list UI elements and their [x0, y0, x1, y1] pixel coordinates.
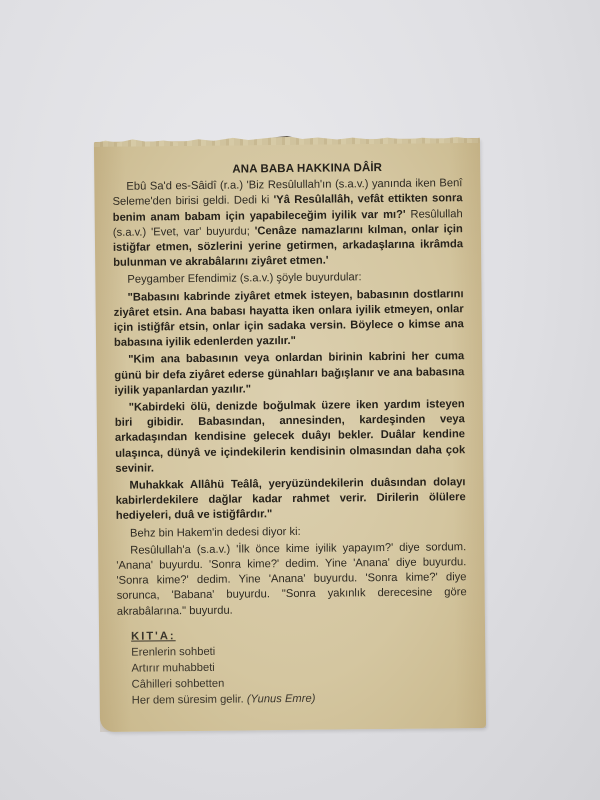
poem-line-text: Her dem süresim gelir. — [132, 694, 244, 707]
bold-text: "Babasını kabrinde ziyâret etmek isteyen… — [114, 288, 464, 349]
newspaper-clipping: ANA BABA HAKKINA DÂİR Ebû Sa'd es-Sâidî … — [94, 138, 486, 732]
article-paragraph: "Kim ana babasının veya onlardan birinin… — [114, 350, 464, 399]
body-text: Peygamber Efendimiz (s.a.v.) şöyle buyur… — [127, 272, 361, 286]
article-paragraph: Muhakkak Allâhü Teâlâ, yeryüzündekilerin… — [115, 475, 465, 524]
article-paragraph: Behz bin Hakem'in dedesi diyor ki: — [116, 523, 466, 542]
body-text: Behz bin Hakem'in dedesi diyor ki: — [130, 526, 301, 540]
article-paragraph: Peygamber Efendimiz (s.a.v.) şöyle buyur… — [113, 270, 463, 289]
bold-text: "Kim ana babasının veya onlardan birinin… — [114, 351, 464, 397]
article-paragraph: "Babasını kabrinde ziyâret etmek isteyen… — [113, 287, 464, 351]
bold-text: "Kabirdeki ölü, denizde boğulmak üzere i… — [115, 398, 465, 474]
article-body: Ebû Sa'd es-Sâidî (r.a.) 'Biz Resûlullah… — [112, 176, 467, 619]
article-paragraph: Ebû Sa'd es-Sâidî (r.a.) 'Biz Resûlullah… — [112, 176, 463, 271]
article-paragraph: "Kabirdeki ölü, denizde boğulmak üzere i… — [115, 397, 466, 477]
poem-author: (Yunus Emre) — [247, 693, 316, 706]
poem: Erenlerin sohbeti Artırır muhabbeti Câhi… — [131, 641, 468, 709]
poem-line-last: Her dem süresim gelir. (Yunus Emre) — [132, 689, 468, 709]
clipping-content: ANA BABA HAKKINA DÂİR Ebû Sa'd es-Sâidî … — [112, 160, 468, 709]
bold-text: Muhakkak Allâhü Teâlâ, yeryüzündekilerin… — [116, 476, 466, 522]
body-text: Resûlullah'a (s.a.v.) 'İlk önce kime iyi… — [116, 541, 466, 617]
article-paragraph: Resûlullah'a (s.a.v.) 'İlk önce kime iyi… — [116, 540, 467, 620]
article-title: ANA BABA HAKKINA DÂİR — [152, 160, 462, 178]
